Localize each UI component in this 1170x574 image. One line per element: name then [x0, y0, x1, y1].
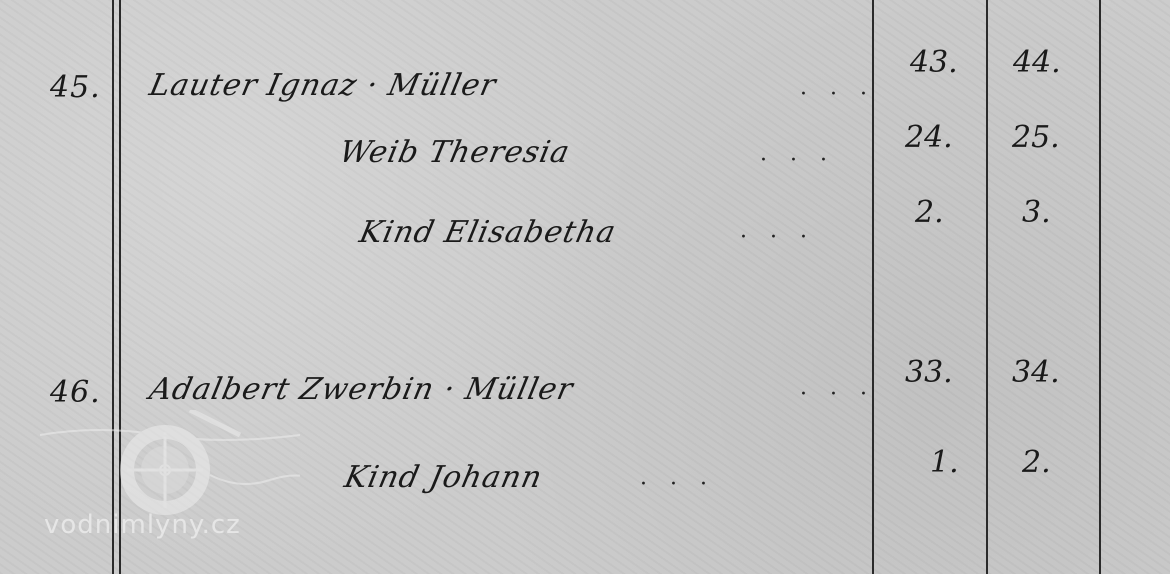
leader-dots: · · ·: [800, 382, 875, 407]
age-column-1: 1.: [930, 445, 959, 480]
age-column-1: 33.: [905, 355, 953, 390]
entry-name: Lauter Ignaz · Müller: [146, 68, 499, 103]
leader-dots: · · ·: [640, 472, 715, 497]
entry-name: Adalbert Zwerbin · Müller: [146, 372, 576, 407]
age-column-2: 2.: [1022, 445, 1051, 480]
leader-dots: · · ·: [800, 82, 875, 107]
entry-number: 45.: [50, 70, 101, 105]
age-column-2: 34.: [1012, 355, 1060, 390]
age-column-1: 2.: [915, 195, 944, 230]
entry-name: Weib Theresia: [336, 135, 573, 170]
leader-dots: · · ·: [740, 225, 815, 250]
age-column-2: 3.: [1022, 195, 1051, 230]
age-column-1: 43.: [910, 45, 958, 80]
age-column-2: 44.: [1013, 45, 1061, 80]
age-column-1: 24.: [905, 120, 953, 155]
watermark-text: vodnimlyny.cz: [44, 510, 241, 540]
leader-dots: · · ·: [760, 148, 835, 173]
entry-name: Kind Elisabetha: [356, 215, 619, 250]
entry-name: Kind Johann: [341, 460, 545, 495]
age-column-2: 25.: [1012, 120, 1060, 155]
column-rule-age2: [986, 0, 988, 574]
entry-number: 46.: [50, 375, 101, 410]
column-rule-right: [1099, 0, 1101, 574]
